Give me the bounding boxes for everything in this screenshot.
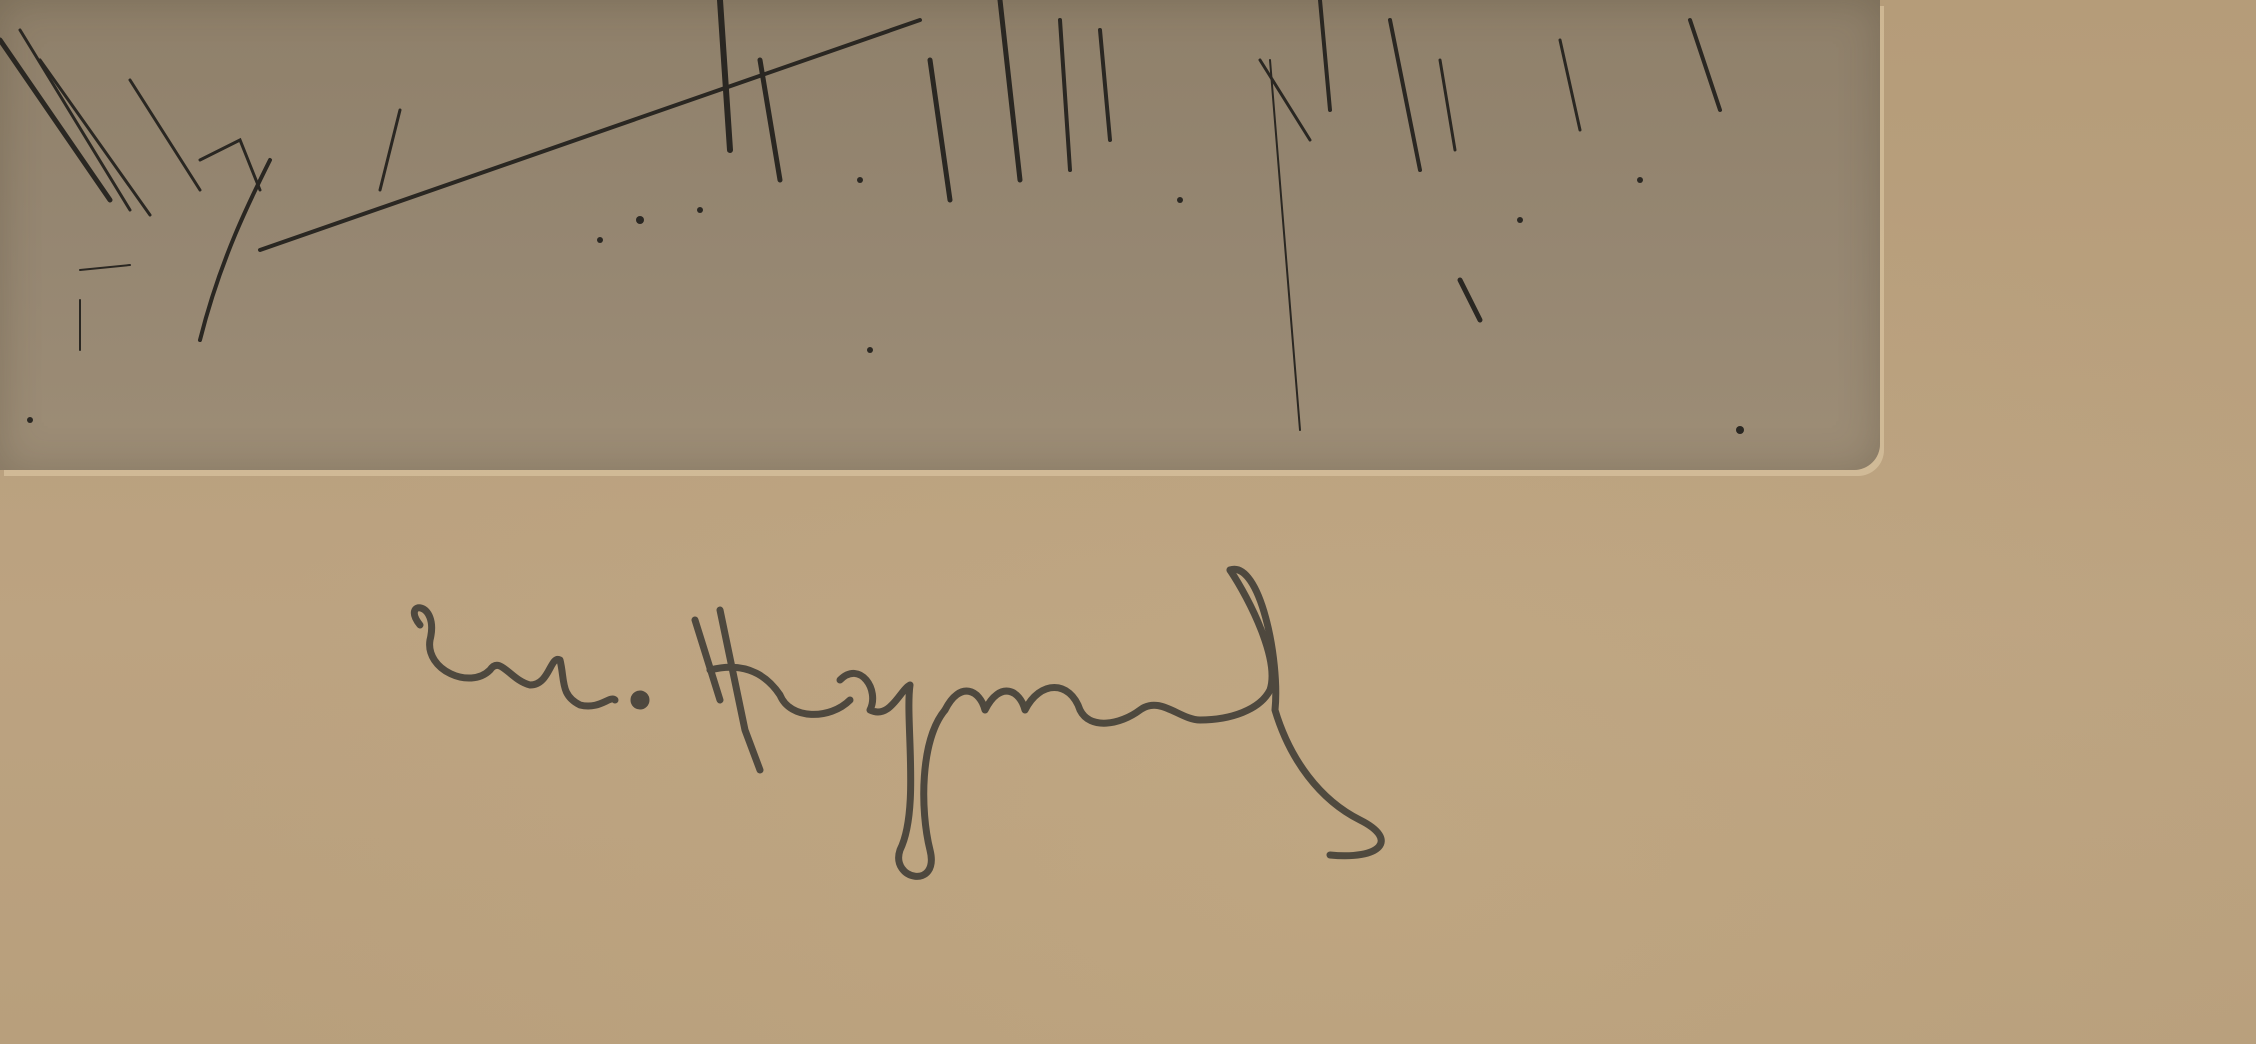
pencil-signature: Chas. Heymond <box>400 560 1980 910</box>
etched-plate-area <box>0 0 1880 470</box>
etching-lines <box>0 0 1880 470</box>
